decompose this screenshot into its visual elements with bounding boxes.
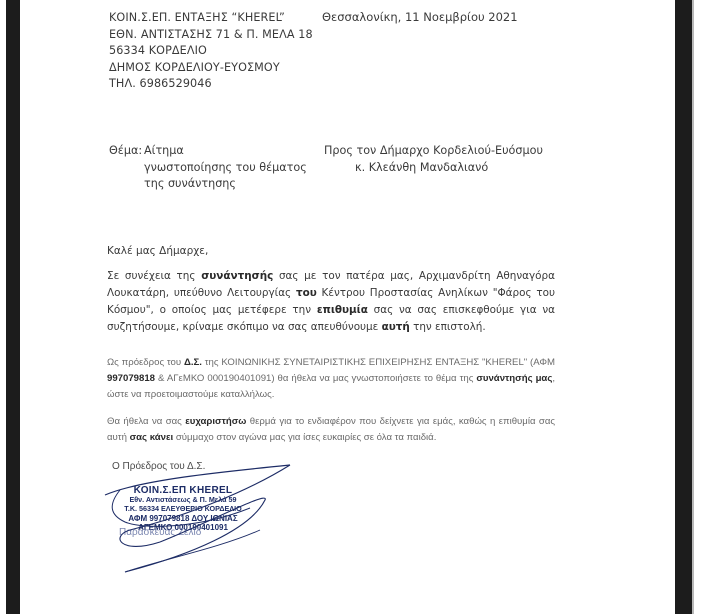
letter-date: Θεσσαλονίκη, 11 Νοεμβρίου 2021 [322,10,518,24]
stamp-line: ΑΦΜ 997079818 ΔΟΥ ΙΩΝΙΑΣ [118,514,248,523]
stamp-line: Εθν. Αντιστάσεως & Π. Μελά 59 [118,495,248,504]
signatory-name: Παρασκευάς Ζελίδ [119,527,201,538]
subject-line: της συνάντησης [144,176,236,193]
body-paragraph-1: Σε συνέχεια της συνάντησής σας με τον πα… [107,268,555,336]
sender-postcode: 56334 ΚΟΡΔΕΛΙΟ [109,43,313,60]
body-paragraph-3: Θα ήθελα να σας ευχαριστήσω θερμά για το… [107,414,555,446]
sender-street: ΕΘΝ. ΑΝΤΙΣΤΑΣΗΣ 71 & Π. ΜΕΛΑ 18 [109,27,313,44]
sender-org-name: ΚΟΙΝ.Σ.ΕΠ. ΕΝΤΑΞΗΣ “KHEREL” [109,10,313,27]
recipient-name: κ. Κλεάνθη Μανδαλιανό [324,160,543,177]
company-stamp: ΚΟΙΝ.Σ.ΕΠ KHEREL Εθν. Αντιστάσεως & Π. Μ… [118,486,248,532]
recipient-title: Προς τον Δήμαρχο Κορδελιού-Ευόσμου [324,143,543,160]
sender-municipality: ΔΗΜΟΣ ΚΟΡΔΕΛΙΟΥ-ΕΥΟΣΜΟΥ [109,60,313,77]
subject-label: Θέμα: [109,143,142,160]
recipient-block: Προς τον Δήμαρχο Κορδελιού-Ευόσμου κ. Κλ… [324,143,543,176]
viewer-frame-left [6,0,20,614]
stamp-line: Τ.Κ. 56334 ΕΛΕΥΘΕΡΙΟ ΚΟΡΔΕΛΙΟ [118,504,248,513]
sender-address-block: ΚΟΙΝ.Σ.ΕΠ. ΕΝΤΑΞΗΣ “KHEREL” ΕΘΝ. ΑΝΤΙΣΤΑ… [109,10,313,93]
stamp-line: ΚΟΙΝ.Σ.ΕΠ KHEREL [118,486,248,495]
sender-phone: ΤΗΛ. 6986529046 [109,76,313,93]
subject-line: Αίτημα [144,143,184,160]
viewer-frame-right [675,0,694,614]
body-paragraph-2: Ως πρόεδρος του Δ.Σ. της ΚΟΙΝΩΝΙΚΗΣ ΣΥΝΕ… [107,355,555,403]
subject-line: γνωστοποίησης του θέματος [144,160,307,177]
signatory-title: Ο Πρόεδρος του Δ.Σ. [112,461,205,472]
salutation: Καλέ μας Δήμαρχε, [107,245,208,257]
